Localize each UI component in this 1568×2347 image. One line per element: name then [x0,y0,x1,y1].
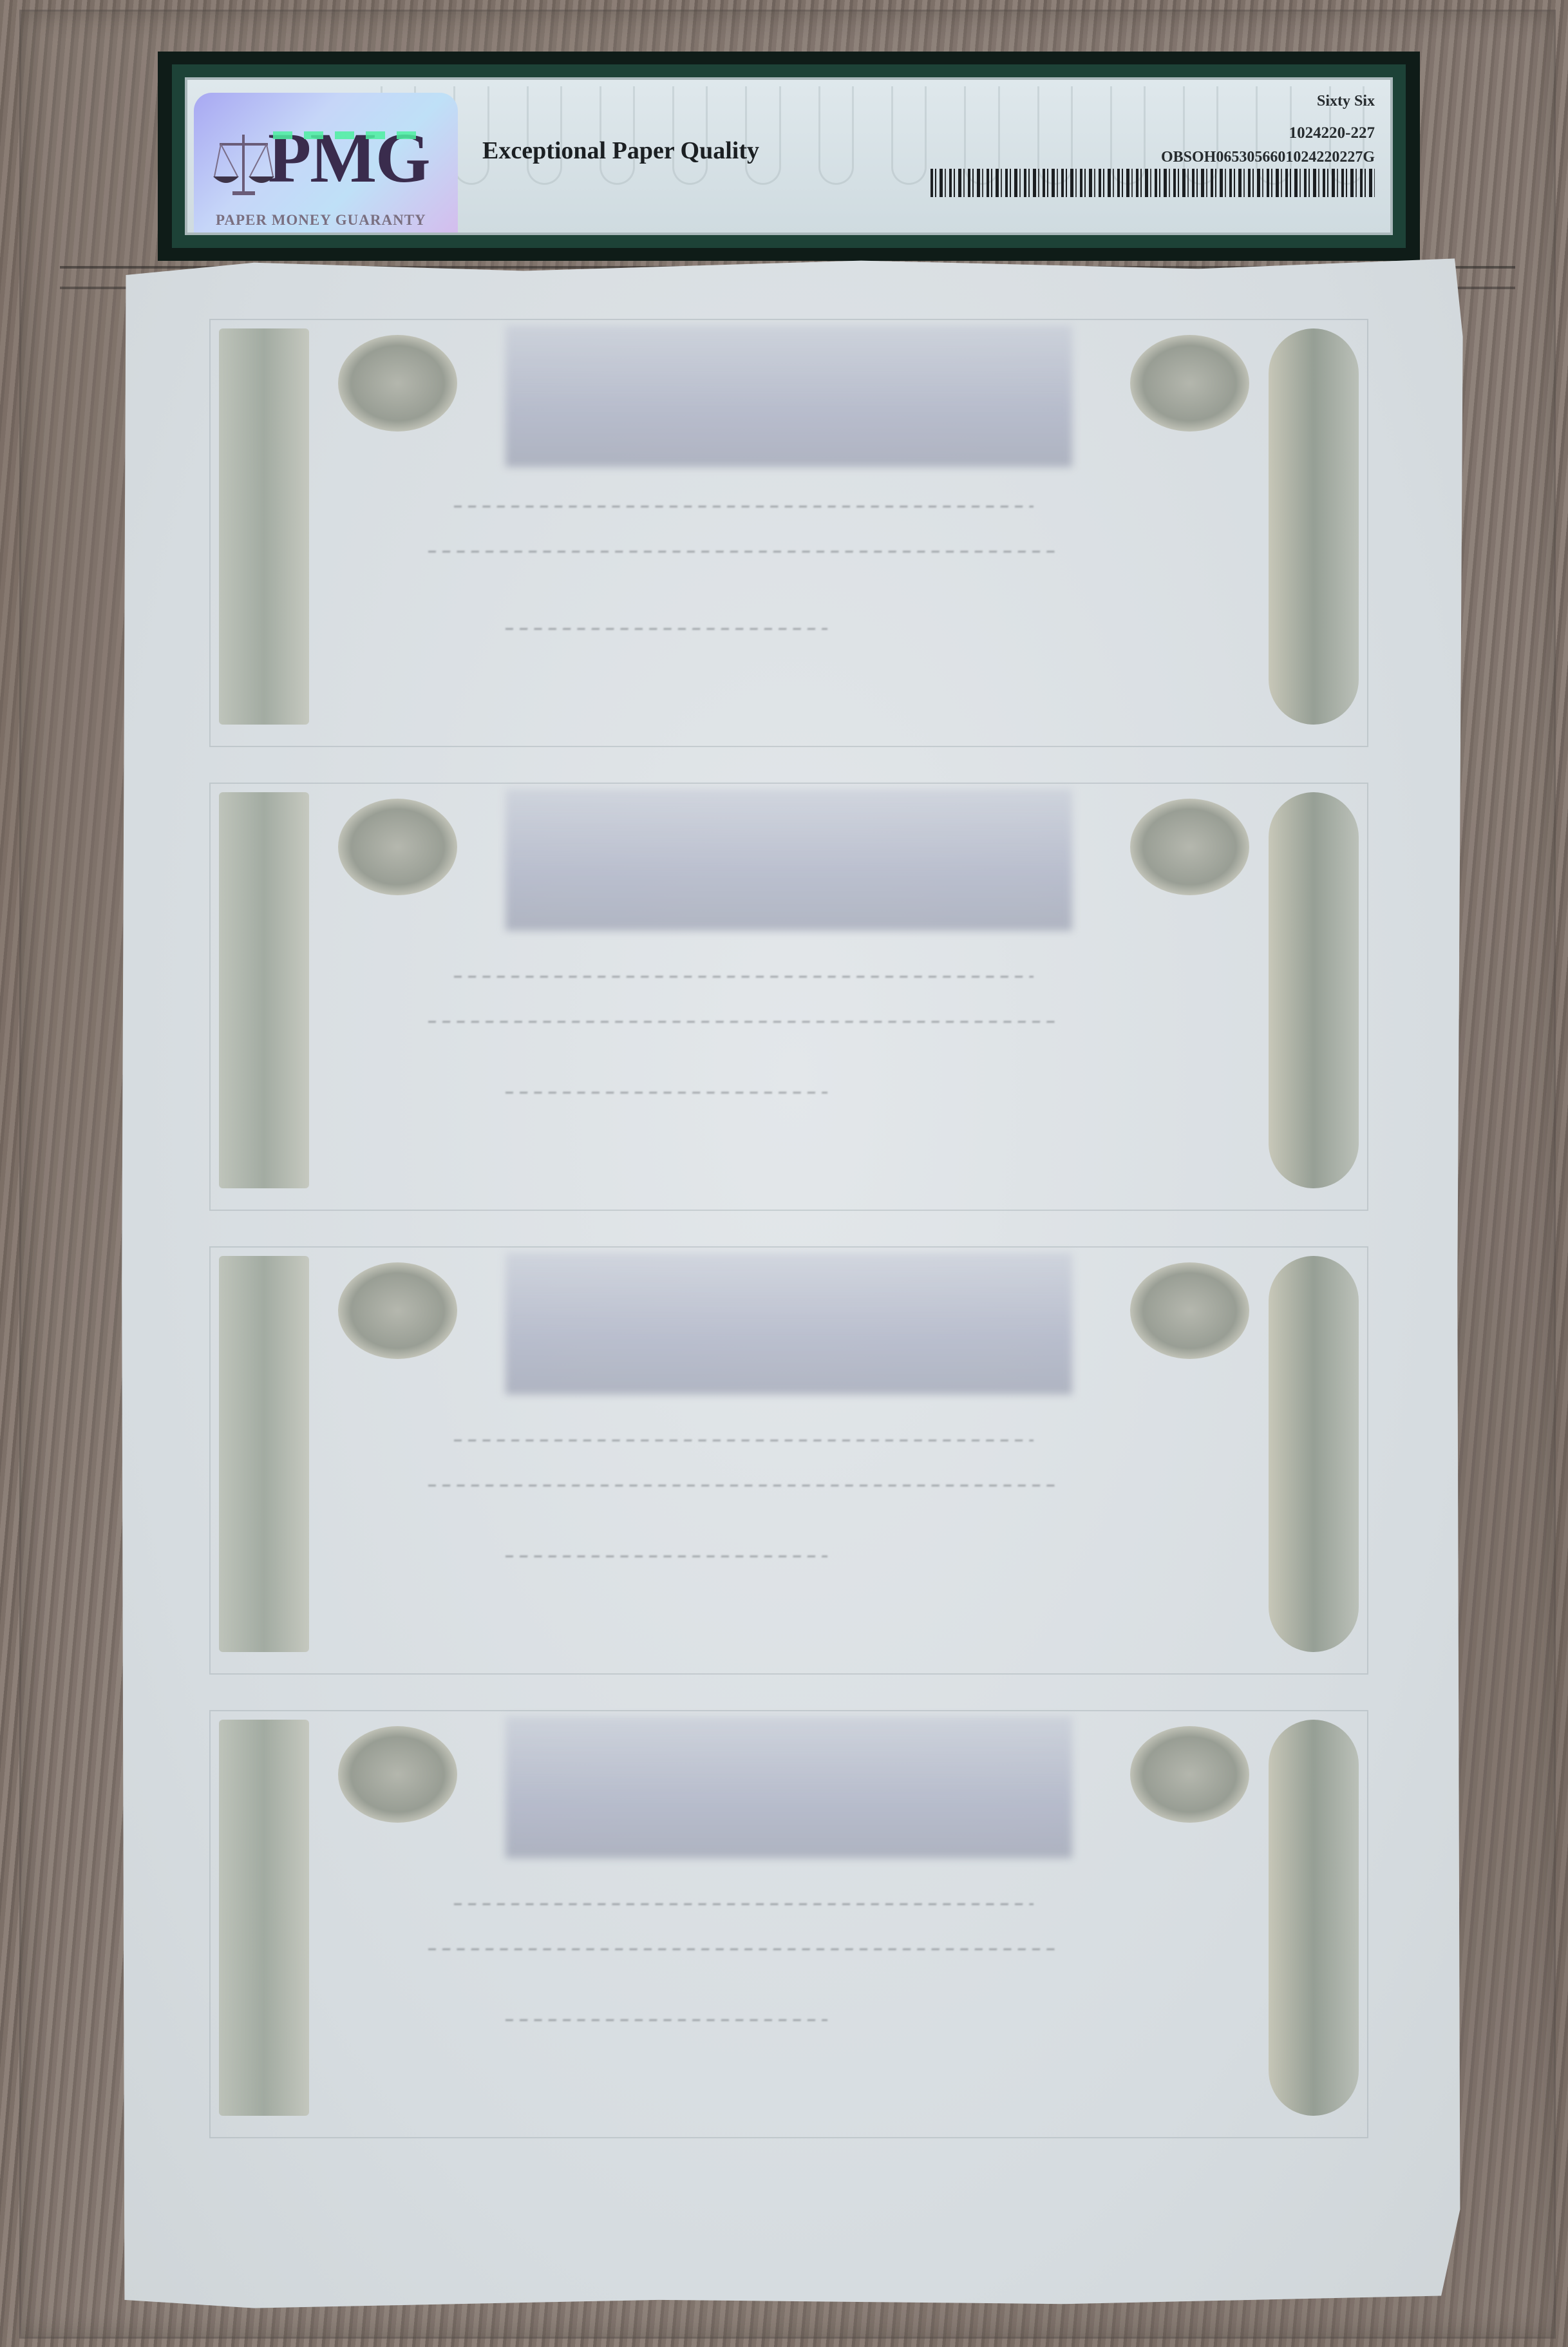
label-grade-block: Sixty Six 1024220-227 OBSOH0653056601024… [930,93,1375,197]
denomination-oval [338,1726,457,1823]
left-end-panel [219,1720,309,2116]
note-2 [119,757,1468,1224]
cert-number: 1024220-227 [930,124,1375,142]
vignette [505,789,1072,931]
script-showthrough [505,628,827,630]
label-card: PMG PAPER MONEY GUARANTY Exceptional Pap… [185,77,1393,235]
note-4 [119,1684,1468,2151]
right-end-panel [1269,1720,1359,2116]
right-end-panel [1269,1256,1359,1652]
scales-of-justice-icon [213,128,274,199]
designation-text: Exceptional Paper Quality [482,137,759,165]
banknote-sheet [119,254,1468,2312]
label-border: PMG PAPER MONEY GUARANTY Exceptional Pap… [172,64,1406,248]
pmg-hologram: PMG PAPER MONEY GUARANTY [194,93,458,235]
script-showthrough [428,1021,1059,1023]
vignette [505,325,1072,467]
script-showthrough [505,1555,827,1557]
denomination-oval [338,1262,457,1359]
denomination-oval [1130,1726,1249,1823]
denomination-oval [1130,335,1249,432]
pmg-logo: PMG [268,117,430,199]
script-showthrough [505,2019,827,2021]
script-showthrough [428,1948,1059,1950]
script-showthrough [428,551,1059,553]
barcode-text: OBSOH0653056601024220227G [930,149,1375,166]
pmg-tagline: PAPER MONEY GUARANTY [216,212,426,229]
barcode [930,169,1375,197]
right-end-panel [1269,792,1359,1188]
vignette [505,1716,1072,1858]
script-showthrough [428,1485,1059,1487]
note-1 [119,293,1468,760]
denomination-oval [1130,799,1249,895]
left-end-panel [219,1256,309,1652]
denomination-oval [338,335,457,432]
script-showthrough [505,1092,827,1094]
script-showthrough [454,976,1034,978]
right-end-panel [1269,328,1359,725]
denomination-oval [338,799,457,895]
script-showthrough [454,1440,1034,1441]
left-end-panel [219,328,309,725]
denomination-oval [1130,1262,1249,1359]
pmg-label: PMG PAPER MONEY GUARANTY Exceptional Pap… [158,52,1420,261]
left-end-panel [219,792,309,1188]
vignette [505,1253,1072,1394]
script-showthrough [454,1903,1034,1905]
note-3 [119,1221,1468,1687]
grade-text: Sixty Six [930,93,1375,110]
script-showthrough [454,506,1034,508]
